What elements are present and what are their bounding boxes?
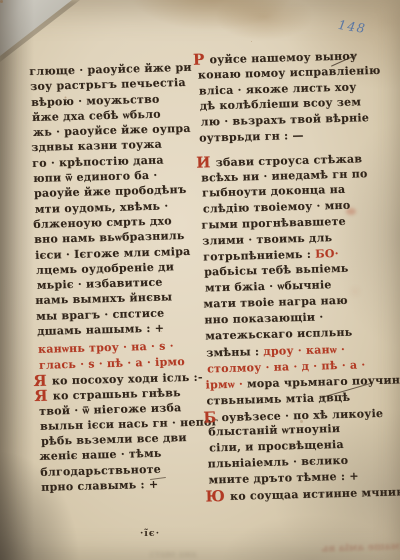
text-column-right: Роуйсе нашемоу выноуконаю помоу исправлі… (198, 47, 375, 503)
ink-text: ко соущаа истинне мчника · (230, 484, 400, 502)
ink-text: матежьскаго испльнь (205, 325, 352, 342)
rubric-text: дроу · канѡ · (263, 343, 345, 358)
ink-text: гыбноути доконца на (202, 183, 346, 200)
ink-text: оутврьди гн : — (199, 129, 304, 145)
text-block: глюще · раоуйсе йже ризоу растрьгъ печье… (30, 51, 382, 510)
rubric-text: БО· (315, 247, 339, 261)
rubric-initial: И (196, 153, 211, 171)
ink-text: дшамь нашымь : + (37, 322, 164, 338)
ink-text: гыми прогнѣвавшете (201, 215, 346, 232)
ink-text: нно показающіи · (204, 310, 323, 326)
text-line: Юко соущаа истинне мчника · (209, 484, 374, 504)
ink-text: злими · твоимь дль (202, 231, 332, 247)
text-column-left: глюще · раоуйсе йже ризоу растрьгъ печье… (30, 60, 206, 495)
ink-text: готрьпѣниіемь : (203, 247, 315, 263)
rubric-text: ірмѡ · (205, 377, 247, 391)
foxing-spots (0, 0, 3, 3)
ink-text: сіли, и просвѣщеніа (209, 438, 344, 455)
manuscript-photo: 148 глюще · раоуйсе йже ризоу растрьгъ п… (0, 0, 400, 560)
ink-text: пльніаіемль · вєлико (207, 454, 348, 471)
ink-text: мти бжіа · ѡбычніе (205, 278, 332, 294)
ink-text: ствьныимь мтіа двцѣ (206, 390, 350, 407)
rubric-initial: Р (193, 50, 205, 68)
show-through-text-faint: ставе ама (150, 550, 290, 560)
ink-text: змѣны : (206, 345, 263, 359)
text-line: матежьскаго испльнь (205, 324, 370, 344)
rubric-initial: Ю (205, 487, 225, 506)
ink-text: рабьісы тебѣ вьпіемь (204, 262, 349, 279)
text-line: оутврьди гн : — (199, 126, 364, 146)
ink-text: мати твоіе награ наю (203, 294, 348, 311)
ink-text: блыстаній ѡтноуніи (208, 422, 340, 438)
ink-text: прно славымь : + (41, 478, 158, 494)
ink-text: блгодарьствьноте (40, 462, 161, 478)
rubric-initial: Б (203, 408, 217, 426)
text-line: прно славымь : + (41, 476, 206, 496)
text-line: дшамь нашымь : + (37, 320, 202, 340)
ink-text: мора чрьмнаго поучиноу — (247, 373, 400, 391)
ink-text: слѣдію твоіемоу · мно (203, 199, 351, 216)
quire-mark: ·і̃є· (140, 528, 160, 539)
